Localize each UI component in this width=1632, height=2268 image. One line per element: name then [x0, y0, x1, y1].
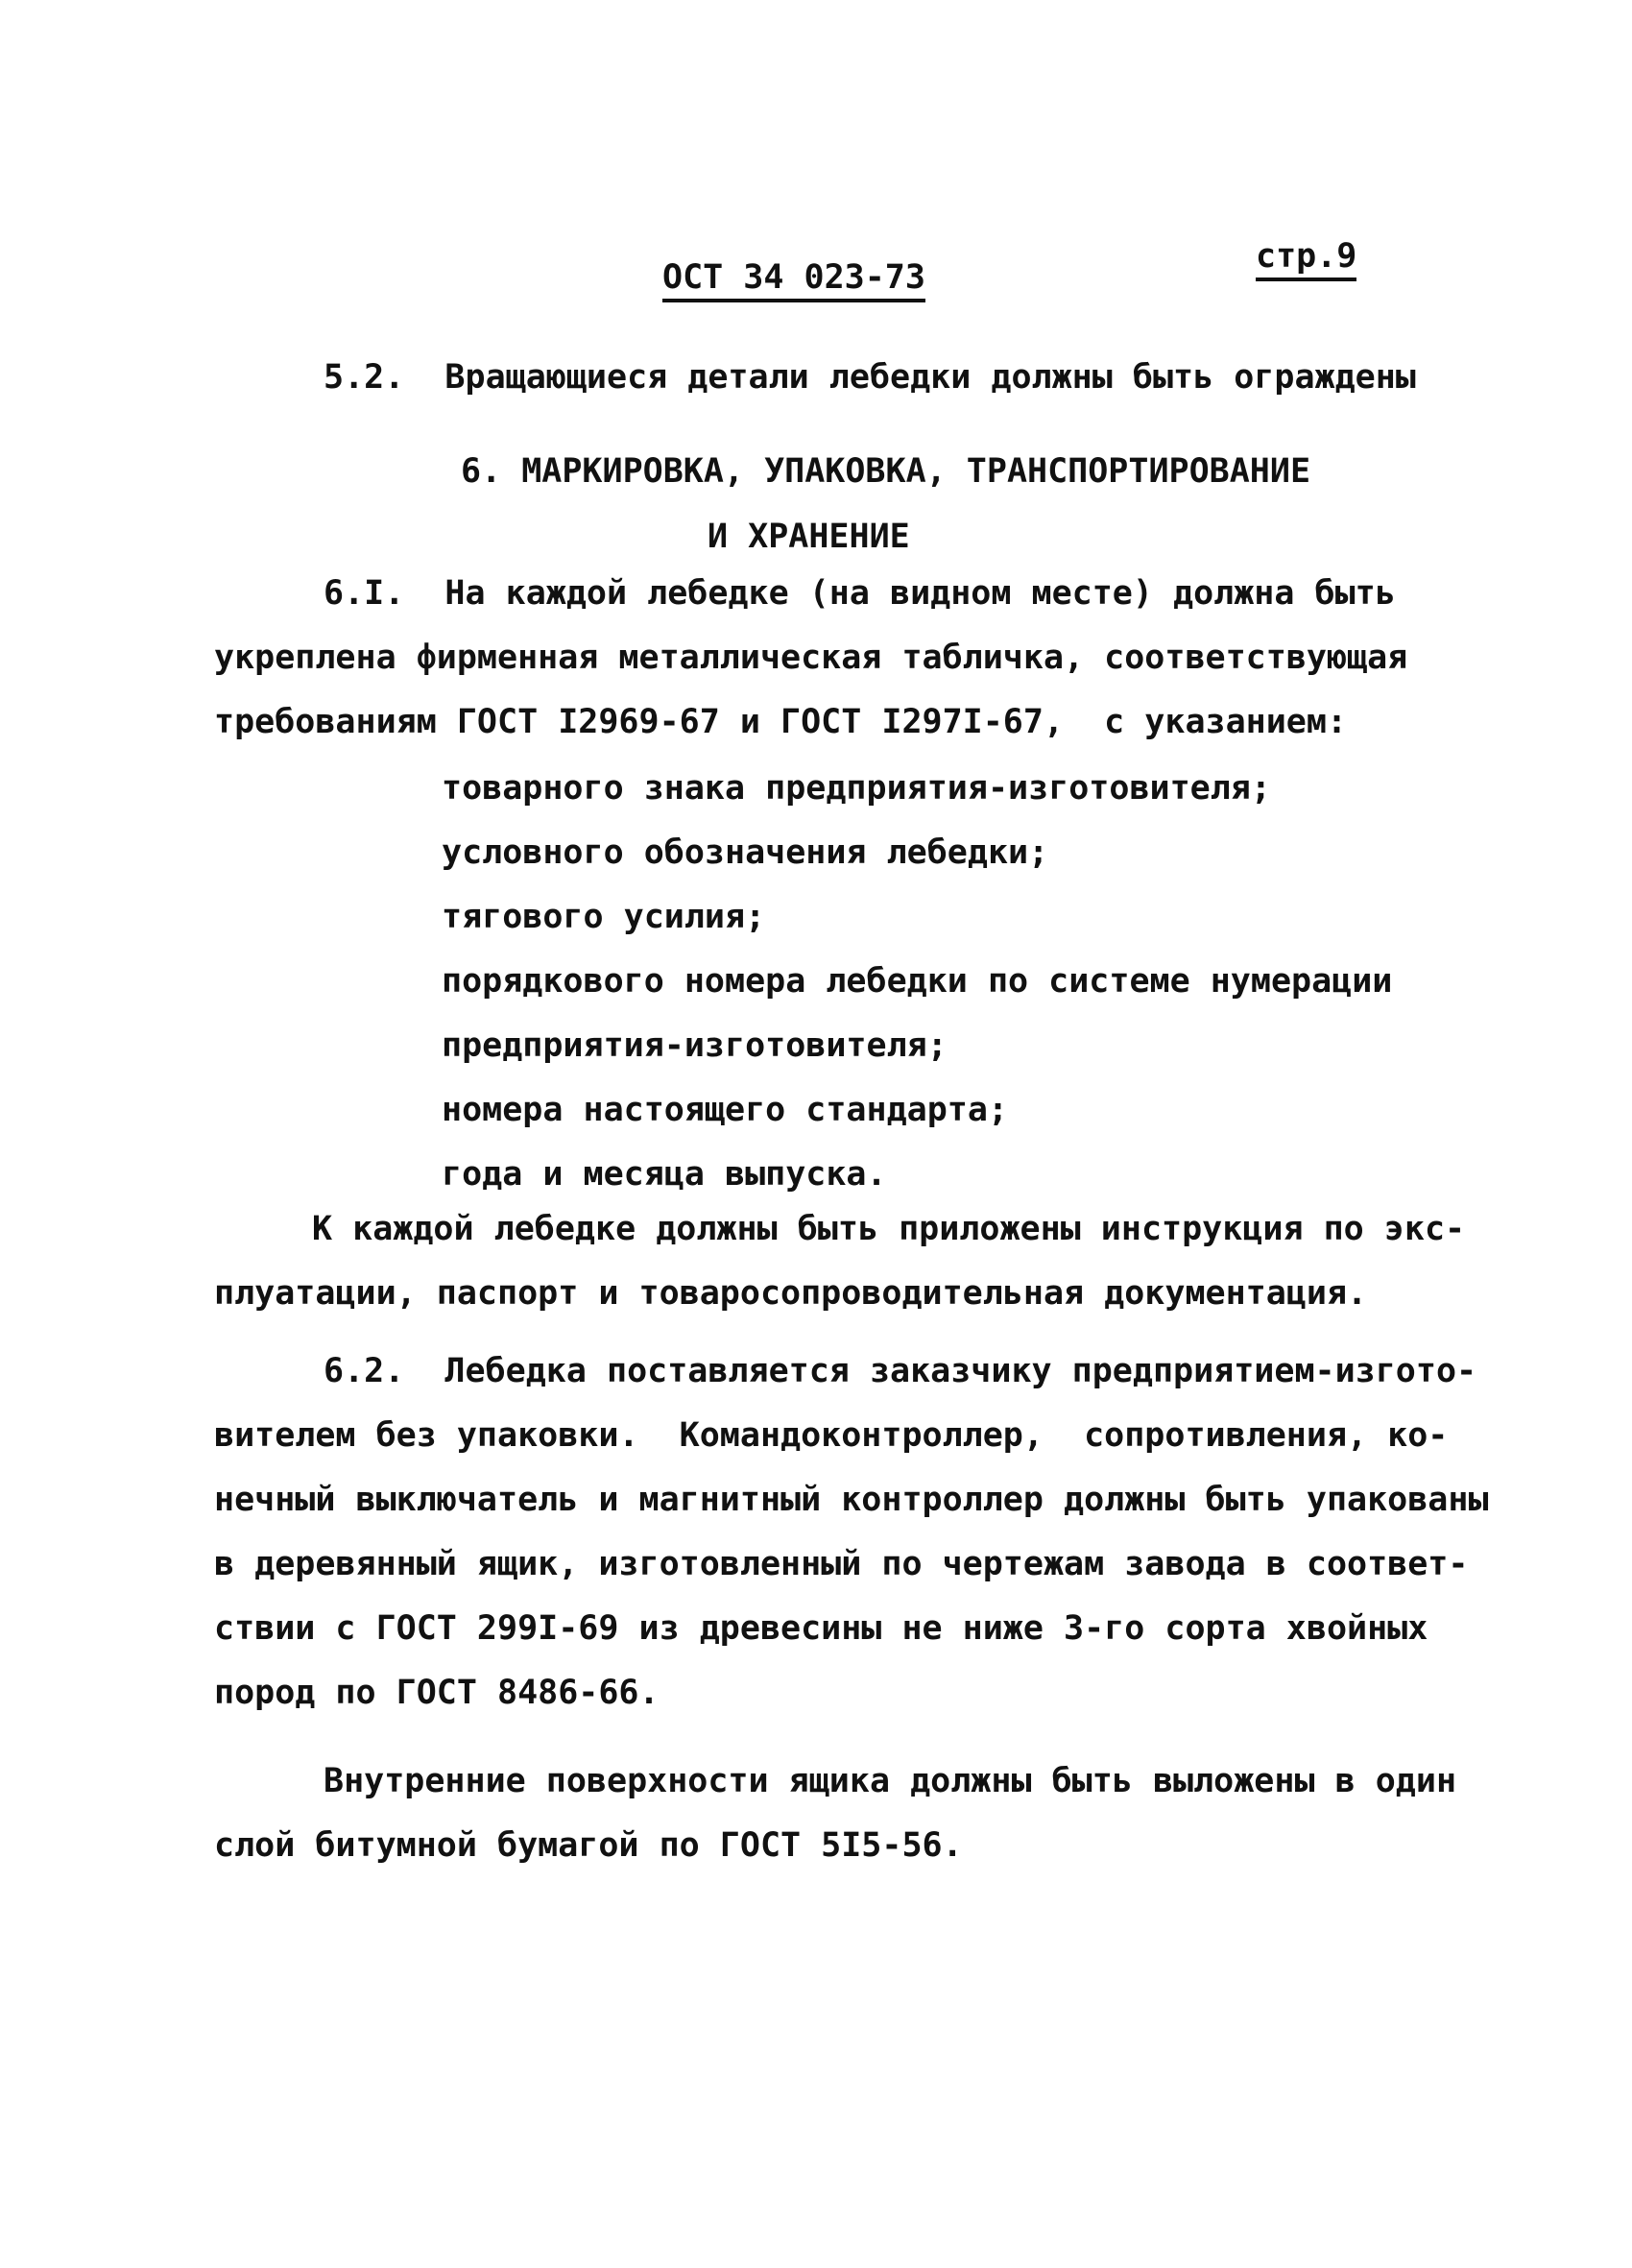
marking-list-item: условного обозначения лебедки;: [442, 836, 1048, 870]
standard-number: ОСТ 34 023-73: [662, 261, 925, 302]
marking-list-item: тягового усилия;: [442, 901, 765, 934]
page-number-label: стр.9: [1256, 240, 1356, 281]
clause-6-2-lining-line-2: слой битумной бумагой по ГОСТ 5I5-56.: [214, 1829, 963, 1863]
marking-list-item: порядкового номера лебедки по системе ну…: [442, 965, 1392, 999]
clause-6-2-line-4: в деревянный ящик, изготовленный по черт…: [214, 1548, 1468, 1581]
clause-6-2-line-6: пород по ГОСТ 8486-66.: [214, 1677, 660, 1710]
clause-6-1-line-3: требованиям ГОСТ I2969-67 и ГОСТ I297I-6…: [214, 706, 1347, 739]
clause-6-2-line-5: ствии с ГОСТ 299I-69 из древесины не ниж…: [214, 1612, 1428, 1646]
section-6-heading-line-1: 6. МАРКИРОВКА, УПАКОВКА, ТРАНСПОРТИРОВАН…: [461, 455, 1310, 489]
marking-list-item: товарного знака предприятия-изготовителя…: [442, 772, 1271, 806]
clause-5-2-text: 5.2. Вращающиеся детали лебедки должны б…: [324, 361, 1416, 395]
clause-6-1-appendix-line-2: плуатации, паспорт и товаросопроводитель…: [214, 1277, 1367, 1311]
clause-6-1-line-1: 6.I. На каждой лебедке (на видном месте)…: [324, 577, 1396, 611]
clause-6-1-line-2: укреплена фирменная металлическая таблич…: [214, 641, 1407, 675]
marking-list-item: года и месяца выпуска.: [442, 1158, 887, 1192]
document-page: ОСТ 34 023-73 стр.9 5.2. Вращающиеся дет…: [0, 0, 1632, 2268]
marking-list-item: номера настоящего стандарта;: [442, 1094, 1008, 1127]
clause-6-2-line-2: вителем без упаковки. Командоконтроллер,…: [214, 1419, 1448, 1453]
clause-6-1-appendix-line-1: К каждой лебедке должны быть приложены и…: [312, 1213, 1465, 1246]
marking-list-item: предприятия-изготовителя;: [442, 1029, 948, 1063]
section-6-heading-line-2: И ХРАНЕНИЕ: [708, 520, 910, 554]
clause-6-2-line-1: 6.2. Лебедка поставляется заказчику пред…: [324, 1355, 1476, 1388]
clause-6-2-line-3: нечный выключатель и магнитный контролле…: [214, 1484, 1489, 1517]
clause-6-2-lining-line-1: Внутренние поверхности ящика должны быть…: [324, 1765, 1456, 1798]
